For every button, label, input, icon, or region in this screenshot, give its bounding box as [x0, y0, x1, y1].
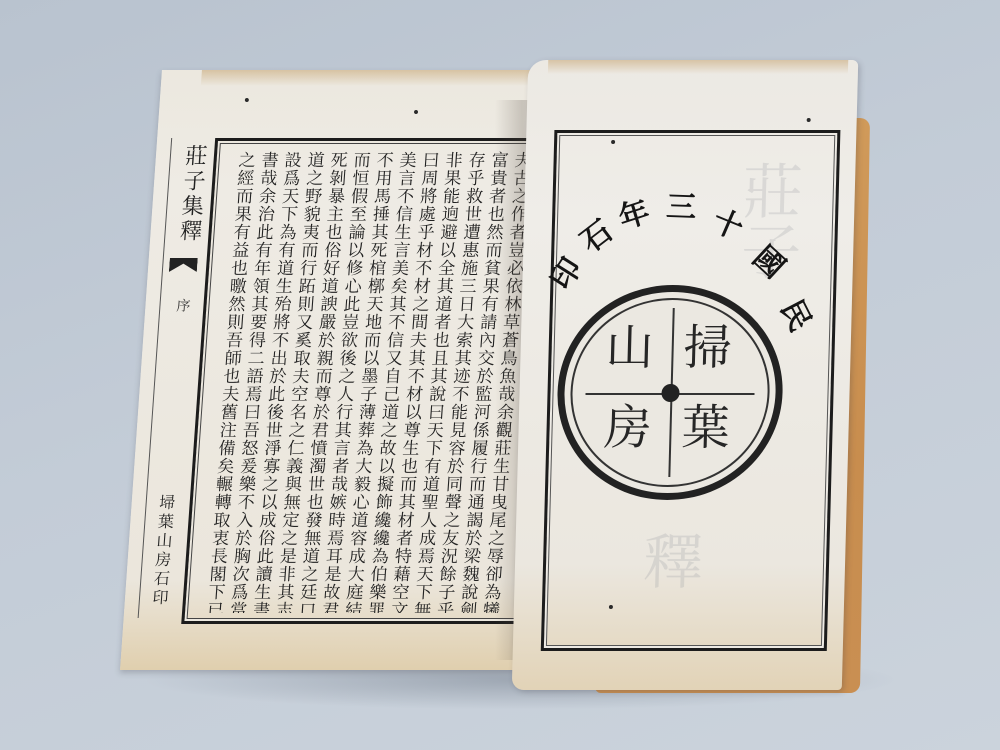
right-page: 莊子 釋 民 國 十 三 年 石 印 掃 葉 山 房	[512, 60, 858, 690]
inscription-char: 三	[665, 181, 698, 226]
fishtail-mark-icon	[169, 258, 198, 272]
photo-scene: 莊子集釋 序 埽葉山房石印 序 夫古之作者豈必依林草蒼鳥魚哉余觀莊生甘曳尾之辱卻…	[0, 0, 1000, 750]
wormhole-dot	[414, 110, 418, 114]
inscription-char: 印	[537, 248, 590, 297]
foxing-stain	[201, 70, 582, 86]
section-label: 序	[172, 298, 193, 312]
inscription-char: 年	[613, 186, 654, 237]
inscription-char: 石	[570, 207, 620, 260]
seal-char: 房	[603, 404, 652, 452]
inscription-char: 民	[772, 290, 825, 337]
wormhole-dot	[245, 98, 249, 102]
seal-char: 掃	[683, 324, 732, 372]
inscription-char: 國	[745, 234, 797, 287]
seal-char: 山	[605, 324, 654, 372]
inscription-char: 十	[706, 196, 751, 248]
seal-center-dot	[661, 384, 679, 402]
book-title: 莊子集釋	[173, 144, 211, 244]
seal-char: 葉	[681, 404, 730, 452]
publisher-imprint: 埽葉山房石印	[147, 494, 178, 608]
